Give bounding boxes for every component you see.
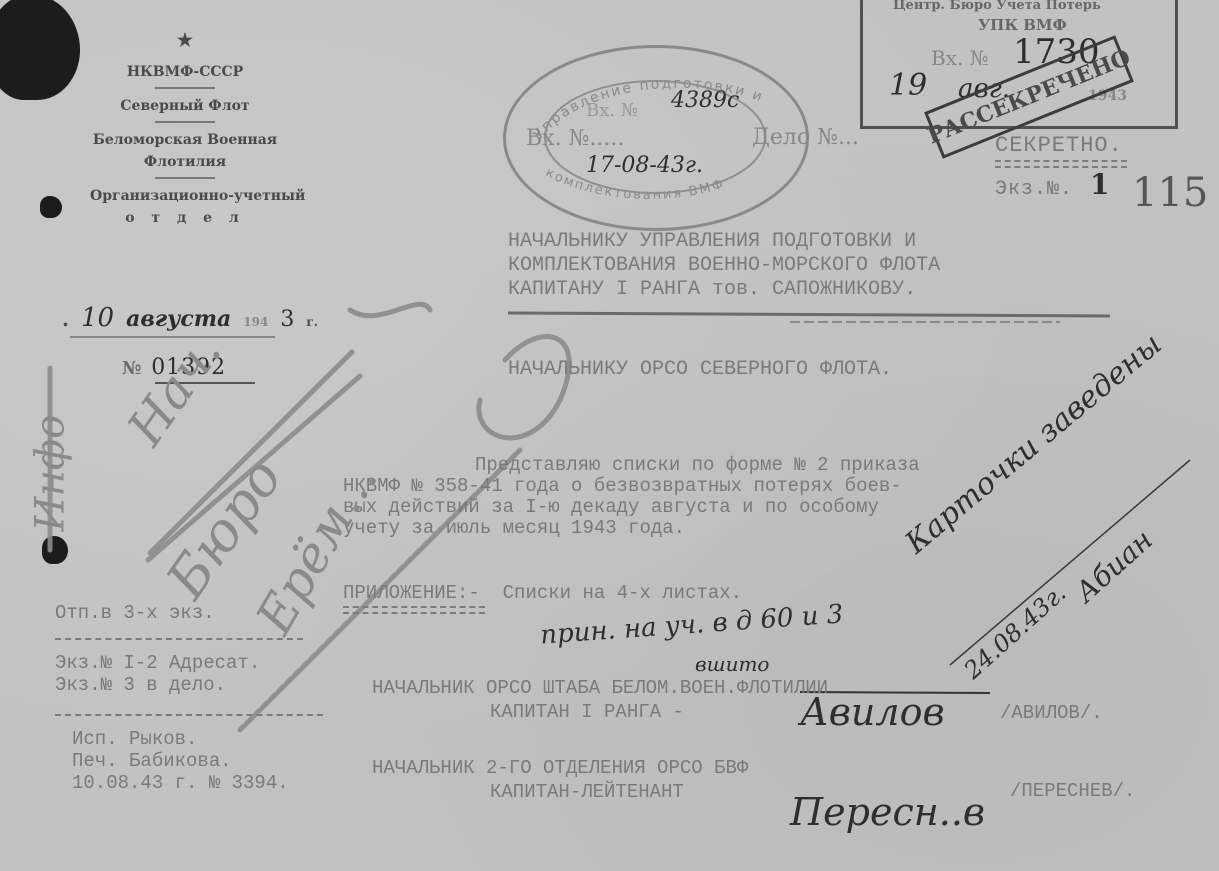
signature-2-handwritten: Пересн..в [790,790,985,834]
registration-day: 19 [889,68,927,103]
fleet-name: Северный Флот [90,98,280,114]
department-name-2: о т д е л [90,210,280,226]
distribution-sent: Отп.в 3-х экз. [55,602,215,624]
distribution-copies: Экз.№ I-2 Адресат. Экз.№ 3 в дело. [55,652,260,696]
date-day: 10 [81,303,114,333]
attachment-underline [343,606,485,608]
date-reference: 10.08.43 г. № 3394. [72,772,289,794]
signature-2-title: НАЧАЛЬНИК 2-ГО ОТДЕЛЕНИЯ ОРСО БВФ КАПИТА… [372,756,748,804]
signature-1-title: НАЧАЛЬНИК ОРСО ШТАБА БЕЛОМ.ВОЕН.ФЛОТИЛИИ… [372,676,828,724]
addressee-primary: НАЧАЛЬНИКУ УПРАВЛЕНИЯ ПОДГОТОВКИ И КОМПЛ… [508,230,940,302]
distribution-copy2: Экз.№ 3 в дело. [55,674,260,696]
secret-label: СЕКРЕТНО. [995,133,1123,158]
typist: Печ. Бабикова. [72,750,289,772]
registration-in-label: Вх. № [931,46,989,70]
body-line3: вых действий за I-ю декаду августа и по … [343,497,920,518]
distribution-copy1: Экз.№ I-2 Адресат. [55,652,260,674]
copy-number: 1 [1090,168,1109,201]
date-year-hand: 3 [280,307,294,332]
attachment-text: Списки на 4-х листах. [503,582,742,604]
body-text: Представляю списки по форме № 2 приказа … [343,455,920,539]
pencil-left-vertical: Инфо [27,415,73,532]
separator [155,121,215,123]
copy-label: Экз.№. [995,178,1073,201]
body-line4: учету за июль месяц 1943 года. [343,518,920,539]
date-year-printed: 194 [243,315,268,329]
distribution-divider [55,638,303,640]
date-underline [70,336,275,338]
attachment: ПРИЛОЖЕНИЕ:- Списки на 4-х листах. [343,582,742,604]
separator [155,87,215,89]
addressee-secondary: НАЧАЛЬНИКУ ОРСО СЕВЕРНОГО ФЛОТА. [508,358,892,381]
org-name: НКВМФ-СССР [90,64,280,80]
secret-underline [995,160,1127,162]
date-month: августа [126,306,231,332]
signature-2-name: /ПЕРЕСНЕВ/. [1010,780,1135,802]
distribution-footer: Исп. Рыков. Печ. Бабикова. 10.08.43 г. №… [72,728,289,794]
signature-1-name: /АВИЛОВ/. [1000,702,1103,724]
date-suffix: г. [306,315,318,329]
registration-line1: Центр. Бюро Учета Потерь [893,0,1101,13]
distribution-divider-2 [55,714,323,716]
department-name-1: Организационно-учетный [90,188,280,204]
document-page: Управление подготовки и комплектования В… [0,0,1219,871]
executor: Исп. Рыков. [72,728,289,750]
sheet-number: 115 [1132,170,1208,216]
addressee-line3: КАПИТАНУ I РАНГА тов. САПОЖНИКОВУ. [508,278,940,302]
note-filed: вшито [695,652,769,676]
signature-1-title-line1: НАЧАЛЬНИК ОРСО ШТАБА БЕЛОМ.ВОЕН.ФЛОТИЛИИ [372,676,828,700]
signature-2-title-line1: НАЧАЛЬНИК 2-ГО ОТДЕЛЕНИЯ ОРСО БВФ [372,756,748,780]
attachment-label: ПРИЛОЖЕНИЕ:- [343,582,480,604]
addressee-line1: НАЧАЛЬНИКУ УПРАВЛЕНИЯ ПОДГОТОВКИ И [508,230,940,254]
addressee-line2: КОМПЛЕКТОВАНИЯ ВОЕННО-МОРСКОГО ФЛОТА [508,254,940,278]
case-label: Дело №... [752,125,859,150]
oval-row-label: Вх. №..... [526,126,624,151]
separator [155,177,215,179]
flotilla-name-1: Беломорская Военная [90,132,280,148]
body-line1: Представляю списки по форме № 2 приказа [343,455,920,476]
flotilla-name-2: Флотилия [90,154,280,170]
signature-1-title-line2: КАПИТАН I РАНГА - [372,700,828,724]
star-emblem-icon: ★ [90,30,280,51]
attachment-underline-2 [343,612,485,614]
oval-in-label: Вх. № [586,100,638,121]
oval-date: 17-08-43г. [586,153,703,178]
letterhead: ★ НКВМФ-СССР Северный Флот Беломорская В… [90,30,280,239]
oval-in-number: 4389с [671,88,739,113]
signature-2-title-line2: КАПИТАН-ЛЕЙТЕНАНТ [372,780,748,804]
signature-1-handwritten: Авилов [800,690,945,734]
body-line2: НКВМФ № 358-41 года о безвозвратных поте… [343,476,920,497]
